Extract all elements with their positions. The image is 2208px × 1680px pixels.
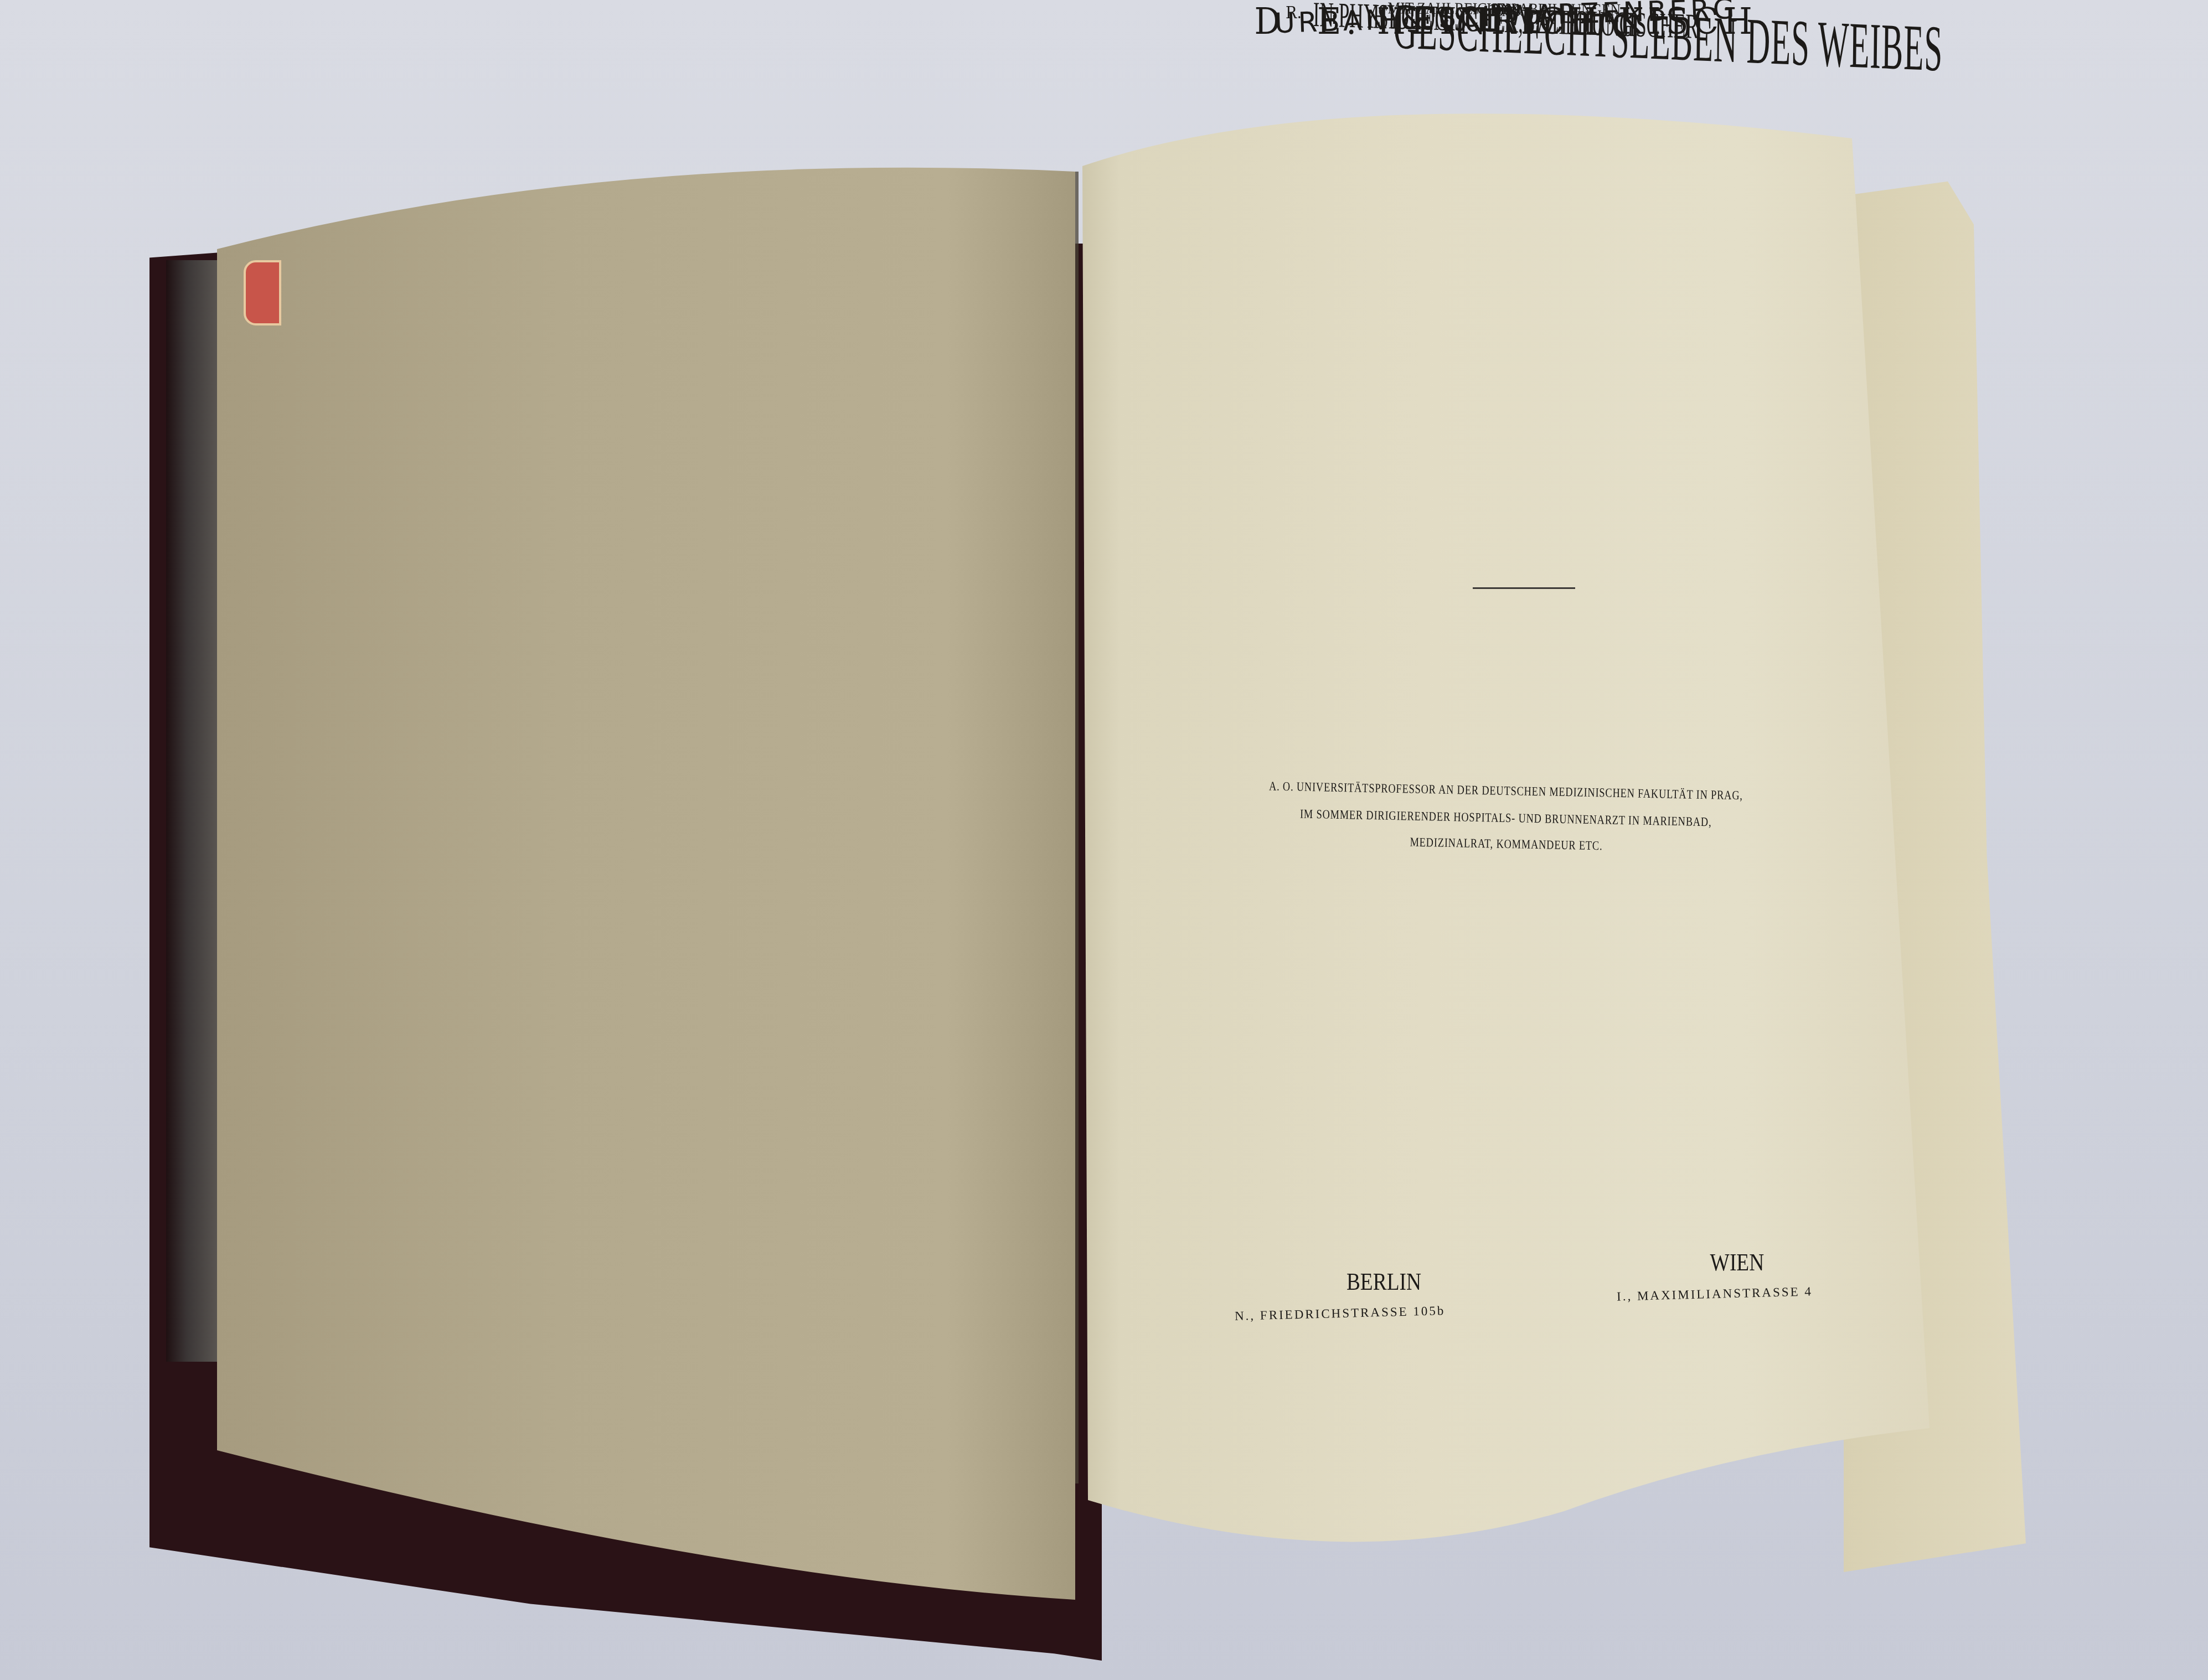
library-stamp-label <box>244 260 281 325</box>
photo-scene: DAS GESCHLECHTSLEBEN DES WEIBES IN PHYSI… <box>0 0 2208 1680</box>
title-page-text: DAS GESCHLECHTSLEBEN DES WEIBES IN PHYSI… <box>1118 0 1894 1680</box>
cover-inner-edge <box>166 260 219 1362</box>
author-credential-1: A. O. UNIVERSITÄTSPROFESSOR AN DER DEUTS… <box>1269 779 1743 803</box>
author-credential-3: MEDIZINALRAT, KOMMANDEUR ETC. <box>1410 835 1602 854</box>
author-credential-2: IM SOMMER DIRIGIERENDER HOSPITALS- UND B… <box>1300 807 1712 830</box>
left-endpaper <box>217 161 1075 1600</box>
publisher-city-right: WIEN <box>1710 1248 1765 1276</box>
book-gutter <box>1075 172 1079 1483</box>
publisher-address-right: I., MAXIMILIANSTRASSE 4 <box>1617 1284 1813 1304</box>
title-divider-rule <box>1473 587 1575 589</box>
publisher-address-left: N., FRIEDRICHSTRASSE 105b <box>1235 1304 1446 1324</box>
publication-year: 1904. <box>1488 0 1524 21</box>
publisher-city-left: BERLIN <box>1347 1268 1421 1296</box>
